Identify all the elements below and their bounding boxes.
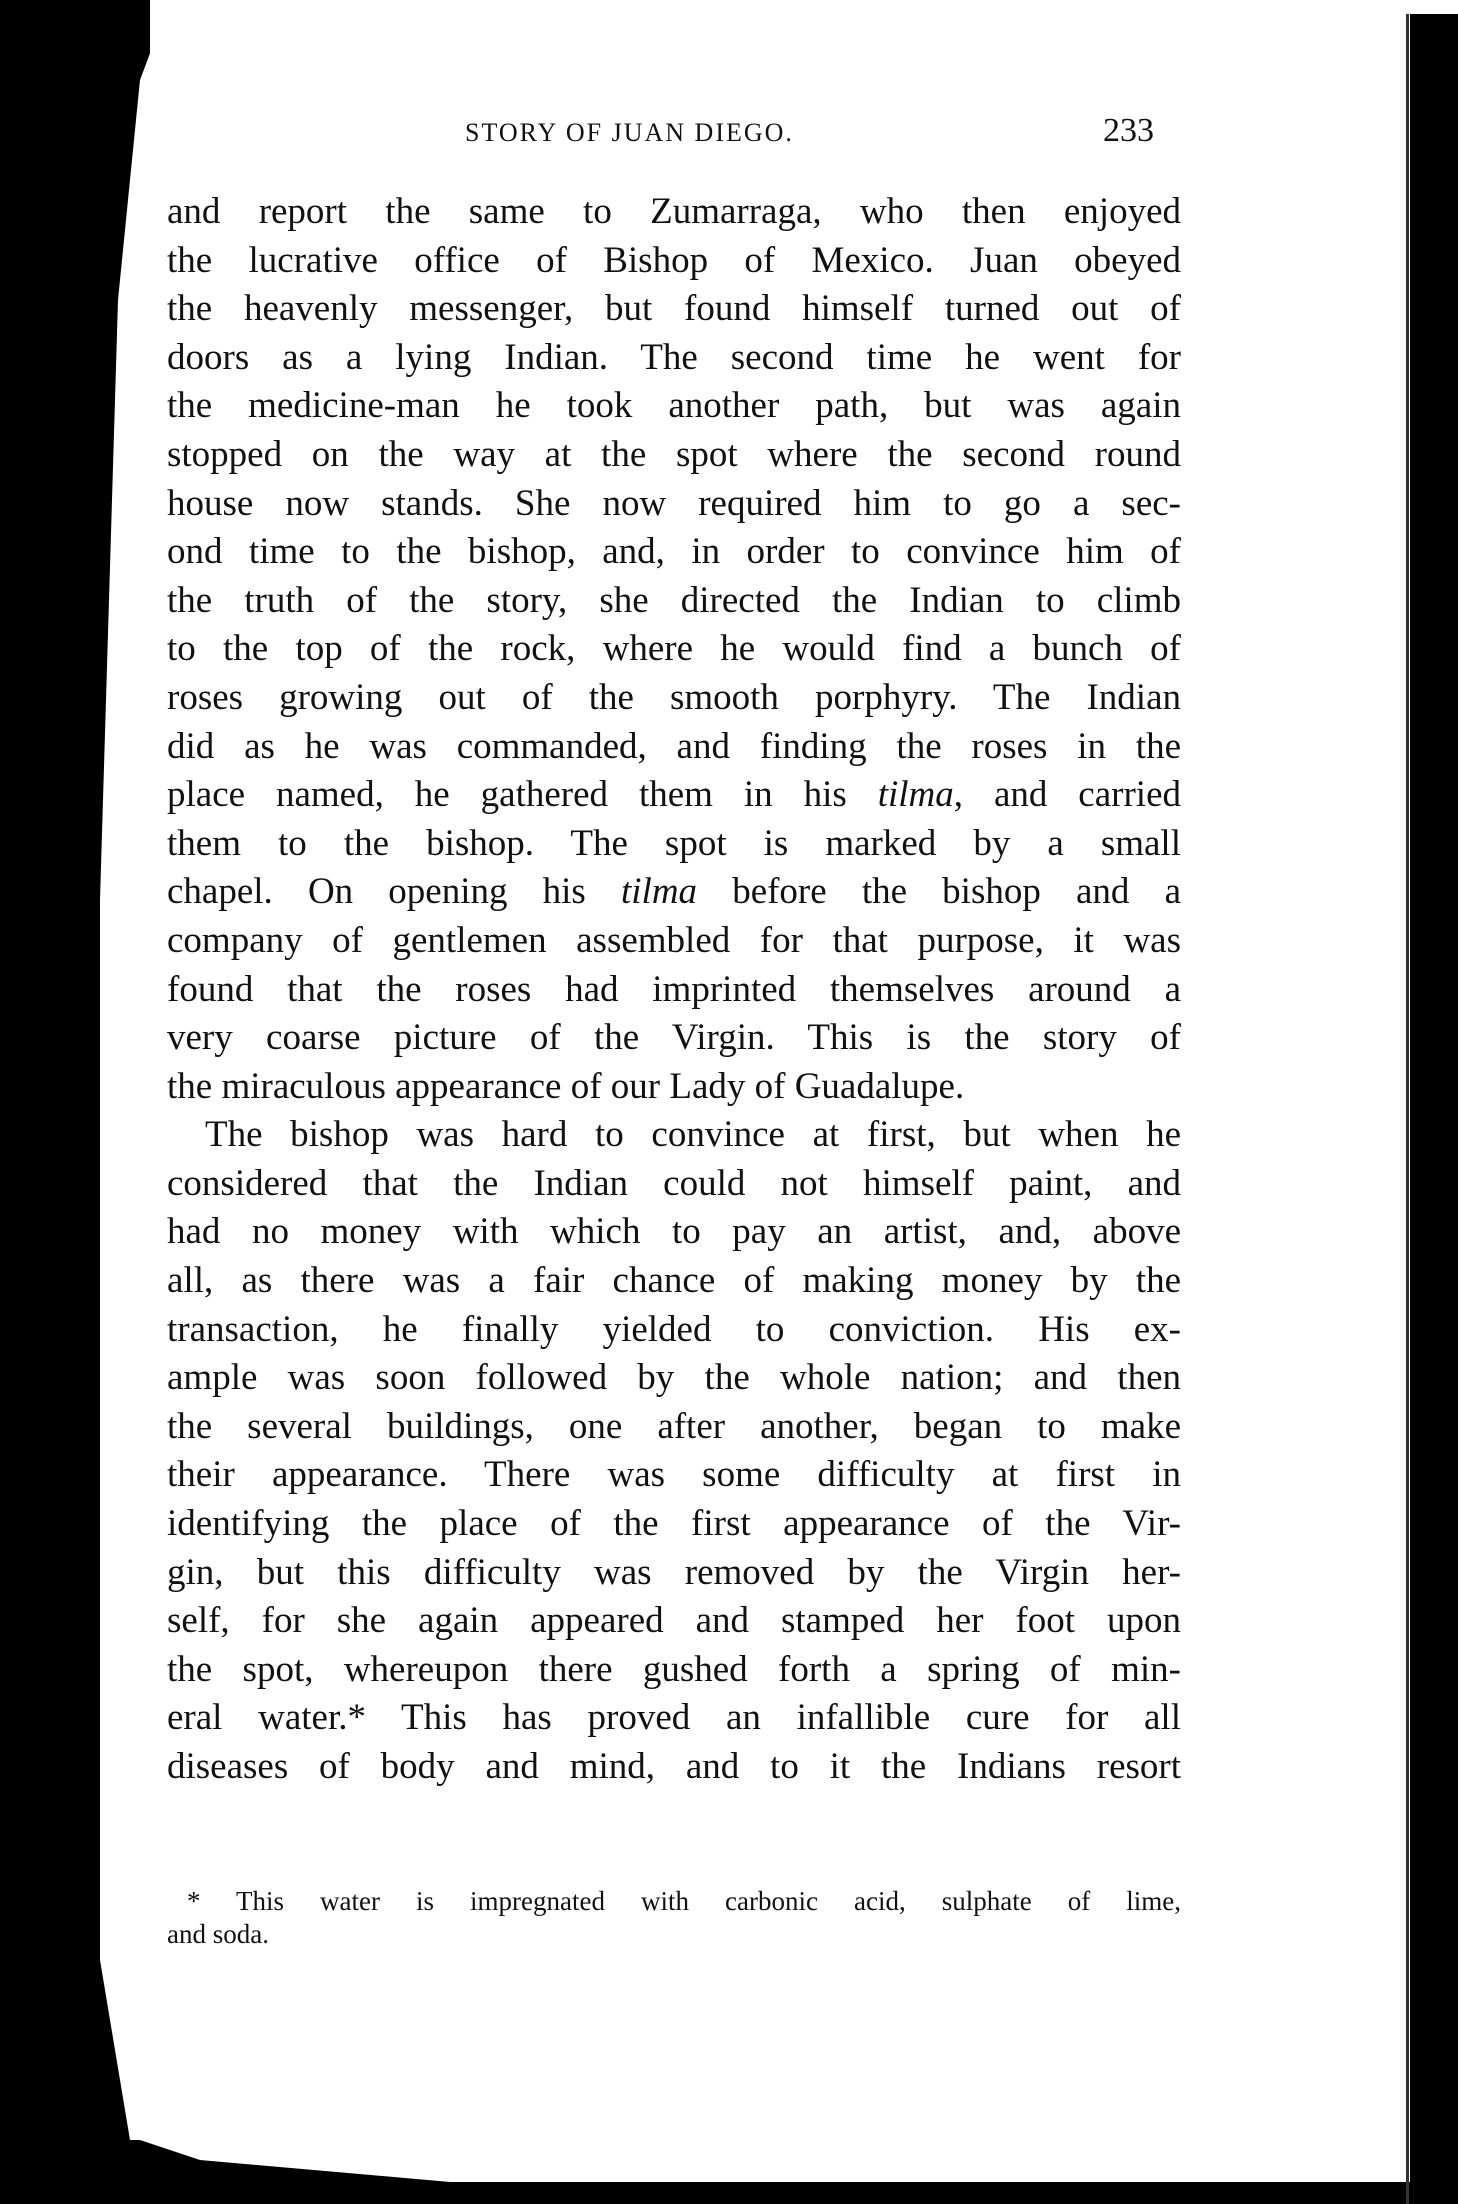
text-line: doors as a lying Indian. The second time…: [167, 334, 1181, 383]
text-line: very coarse picture of the Virgin. This …: [167, 1014, 1181, 1063]
text-line: did as he was commanded, and finding the…: [167, 723, 1181, 772]
text-line: the miraculous appearance of our Lady of…: [167, 1063, 1181, 1112]
text-line: eral water.* This has proved an infallib…: [167, 1694, 1181, 1743]
text-span: place named, he gathered them in his: [167, 774, 878, 815]
page-number: 233: [1103, 112, 1154, 150]
footnote-line: and soda.: [167, 1918, 1181, 1951]
text-line: to the top of the rock, where he would f…: [167, 625, 1181, 674]
text-line: gin, but this difficulty was removed by …: [167, 1549, 1181, 1598]
page-header: STORY OF JUAN DIEGO. 233: [0, 118, 1458, 158]
text-line-with-italic: place named, he gathered them in his til…: [167, 771, 1181, 820]
running-title: STORY OF JUAN DIEGO.: [465, 118, 794, 148]
text-line: ample was soon followed by the whole nat…: [167, 1354, 1181, 1403]
italic-word-tilma: tilma: [621, 871, 697, 912]
italic-word-tilma: tilma: [878, 774, 954, 815]
text-line: the several buildings, one after another…: [167, 1403, 1181, 1452]
text-line: had no money with which to pay an artist…: [167, 1208, 1181, 1257]
text-line: The bishop was hard to convince at first…: [167, 1111, 1181, 1160]
text-line: transaction, he finally yielded to convi…: [167, 1306, 1181, 1355]
text-line: and report the same to Zumarraga, who th…: [167, 188, 1181, 237]
text-line: the lucrative office of Bishop of Mexico…: [167, 237, 1181, 286]
text-line: ond time to the bishop, and, in order to…: [167, 528, 1181, 577]
text-span: , and carried: [954, 774, 1181, 815]
text-line: their appearance. There was some difficu…: [167, 1451, 1181, 1500]
body-text: and report the same to Zumarraga, who th…: [167, 188, 1181, 1792]
text-line: the heavenly messenger, but found himsel…: [167, 285, 1181, 334]
scan-right-page-edge: [1410, 14, 1458, 2204]
text-line: identifying the place of the first appea…: [167, 1500, 1181, 1549]
text-span: chapel. On opening his: [167, 871, 621, 912]
text-span: before the bishop and a: [697, 871, 1181, 912]
text-line: considered that the Indian could not him…: [167, 1160, 1181, 1209]
footnote-line: * This water is impregnated with carboni…: [167, 1885, 1181, 1918]
text-line: all, as there was a fair chance of makin…: [167, 1257, 1181, 1306]
scan-left-page-edge: [0, 0, 150, 2204]
text-line: them to the bishop. The spot is marked b…: [167, 820, 1181, 869]
text-line: house now stands. She now required him t…: [167, 480, 1181, 529]
text-line: diseases of body and mind, and to it the…: [167, 1743, 1181, 1792]
text-line: self, for she again appeared and stamped…: [167, 1597, 1181, 1646]
text-line: stopped on the way at the spot where the…: [167, 431, 1181, 480]
footnote: * This water is impregnated with carboni…: [167, 1885, 1181, 1951]
scan-bottom-page-edge: [0, 2140, 1458, 2204]
text-line: the truth of the story, she directed the…: [167, 577, 1181, 626]
text-line: roses growing out of the smooth porphyry…: [167, 674, 1181, 723]
text-line: the spot, whereupon there gushed forth a…: [167, 1646, 1181, 1695]
text-line-with-italic: chapel. On opening his tilma before the …: [167, 868, 1181, 917]
text-line: found that the roses had imprinted thems…: [167, 966, 1181, 1015]
text-line: company of gentlemen assembled for that …: [167, 917, 1181, 966]
text-line: the medicine-man he took another path, b…: [167, 382, 1181, 431]
